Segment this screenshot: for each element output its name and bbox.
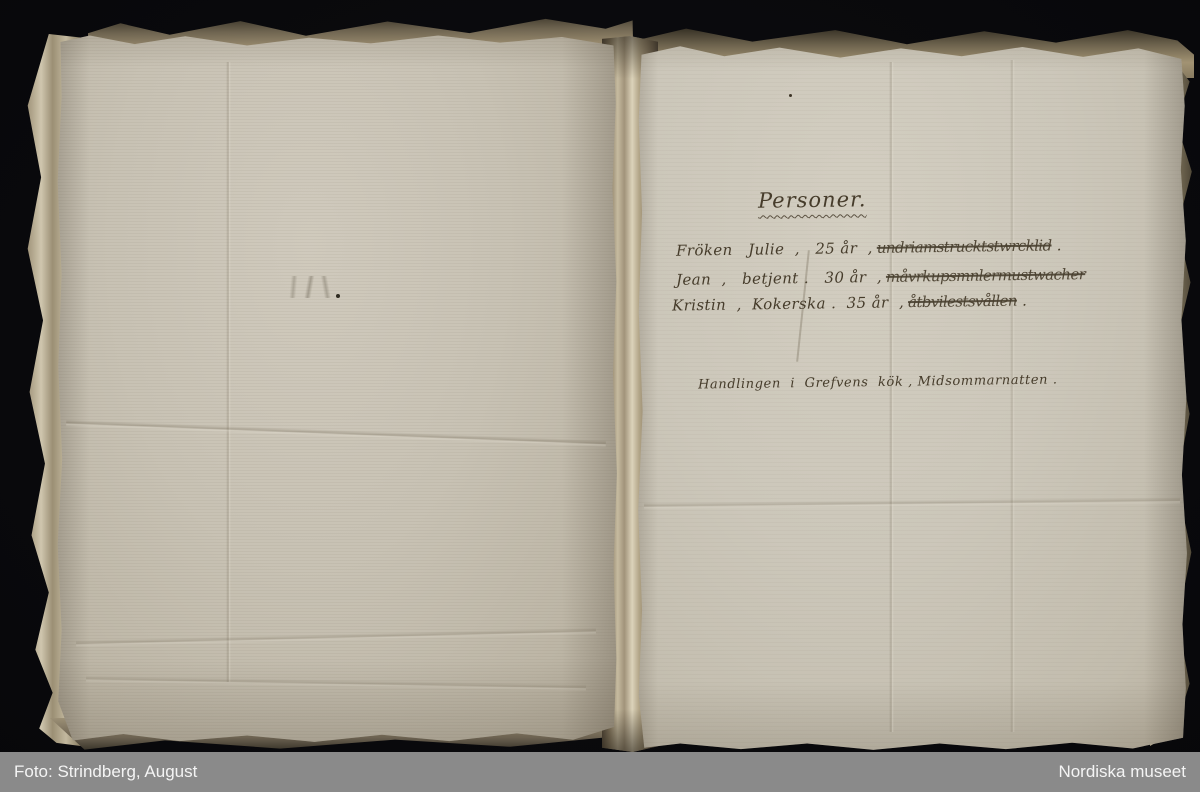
crease-line: [226, 62, 231, 682]
strikethrough-scribble: undriamstrucktstwrcklid: [877, 236, 1052, 256]
caption-bar: Foto: Strindberg, August Nordiska museet: [0, 752, 1200, 792]
left-page: [56, 32, 618, 744]
photo-credit-caption: Foto: Strindberg, August: [14, 752, 197, 792]
ink-dot: [789, 94, 792, 97]
line-period: .: [1051, 236, 1062, 254]
handwritten-title: Personer.: [758, 187, 867, 213]
scene-setting-line: Handlingen i Grefvens kök , Midsommarnat…: [698, 372, 1058, 392]
crease-line: [86, 676, 586, 692]
museum-caption: Nordiska museet: [1058, 752, 1186, 792]
character-line-text: Fröken Julie , 25 år ,: [676, 239, 873, 260]
character-line-jean: Jean , betjent . 30 år ,måvrkupsmnlermus…: [676, 265, 1085, 289]
photo-stage: Personer. Fröken Julie , 25 år ,undriams…: [0, 0, 1200, 792]
crease-line: [644, 497, 1180, 510]
strikethrough-scribble: måvrkupsmnlermustwacher: [886, 265, 1086, 286]
pencil-dot: [336, 294, 340, 298]
strikethrough-scribble: åtbvilestsvållen: [908, 292, 1017, 312]
character-line-text: Kristin , Kokerska . 35 år ,: [672, 293, 904, 314]
character-line-kristin: Kristin , Kokerska . 35 år ,åtbvilestsvå…: [672, 292, 1028, 315]
right-page: Personer. Fröken Julie , 25 år ,undriams…: [636, 42, 1188, 752]
crease-line: [889, 62, 894, 732]
character-line-julie: Fröken Julie , 25 år ,undriamstrucktstwr…: [676, 236, 1062, 259]
line-period: .: [1017, 292, 1028, 310]
crease-line: [1010, 60, 1015, 732]
crease-line: [76, 628, 596, 648]
character-line-text: Jean , betjent . 30 år ,: [676, 268, 882, 289]
crease-line: [66, 420, 606, 448]
